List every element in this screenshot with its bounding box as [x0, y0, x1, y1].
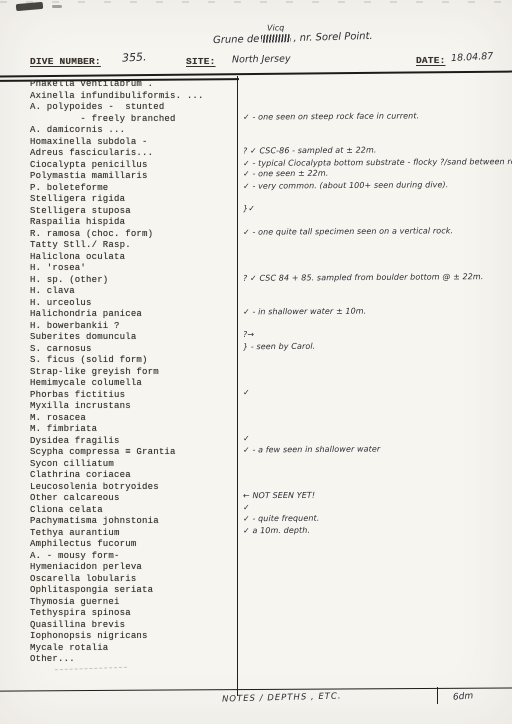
species-row: Other...: [0, 654, 512, 666]
species-row: S. ficus (solid form): [0, 355, 512, 367]
species-row: Hymeniacidon perleva: [0, 562, 512, 574]
species-name: A. - mousy form-: [30, 551, 120, 561]
species-row: P. boleteforme ✓ - very common. (about 1…: [0, 183, 512, 195]
species-name: S. ficus (solid form): [30, 355, 148, 365]
species-name: P. boleteforme: [30, 183, 108, 193]
species-annotation: ✓ - one quite tall specimen seen on a ve…: [243, 226, 453, 237]
species-row: Tethyspira spinosa: [0, 608, 512, 620]
dive-number-value: 355.: [122, 50, 147, 64]
species-row: Hemimycale columella: [0, 378, 512, 390]
species-name: M. fimbriata: [30, 424, 97, 434]
species-row: A. - mousy form-: [0, 551, 512, 563]
species-name: Tethyspira spinosa: [30, 608, 131, 618]
species-row: H. clava: [0, 286, 512, 298]
species-name: Oscarella lobularis: [30, 574, 136, 584]
species-row: M. rosacea: [0, 413, 512, 425]
pencil-squiggle: [55, 667, 127, 676]
species-row: Stelligera stuposa }✓: [0, 206, 512, 218]
species-annotation: ✓ - in shallower water ± 10m.: [243, 307, 366, 318]
species-name: Other...: [30, 654, 75, 664]
site-label: SITE:: [186, 56, 216, 67]
species-name: Myxilla incrustans: [30, 401, 131, 411]
inserted-word: Vicq: [267, 23, 284, 32]
species-row: Mycale rotalia: [0, 643, 512, 655]
species-row: Axinella infundibuliformis. ...: [0, 91, 512, 103]
species-list: Phakella ventilabrum . Axinella infundib…: [0, 79, 512, 666]
species-name: Iophonopsis nigricans: [30, 631, 148, 641]
species-name: Sycon cilliatum: [30, 459, 114, 469]
crossed-out-word: Vicq: [261, 34, 291, 43]
scan-smudge: [16, 2, 44, 11]
species-name: Ophlitaspongia seriata: [30, 585, 153, 595]
species-name: Mycale rotalia: [30, 643, 108, 653]
species-annotation: ✓: [243, 433, 250, 443]
site-text-prefix: Grune de: [213, 34, 260, 46]
species-name: Pachymatisma johnstonia: [30, 516, 159, 526]
species-name: H. sp. (other): [30, 275, 108, 285]
species-name: Suberites domuncula: [30, 332, 136, 342]
site-handwritten-region: North Jersey: [232, 53, 291, 65]
species-name: R. ramosa (choc. form): [30, 229, 153, 239]
species-name: S. carnosus: [30, 344, 92, 354]
species-annotation: ✓ a 10m. depth.: [243, 525, 310, 535]
species-row: Strap-like greyish form: [0, 367, 512, 379]
species-annotation: ✓ - quite frequent.: [243, 514, 319, 525]
species-annotation: ✓ - a few seen in shallower water: [243, 445, 380, 456]
species-annotation: ✓ - typical Ciocalypta bottom substrate …: [243, 157, 512, 169]
species-row: Haliclona oculata: [0, 252, 512, 264]
species-annotation: ✓: [243, 387, 250, 397]
species-name: Amphilectus fucorum: [30, 539, 136, 549]
species-name: H. urceolus: [30, 298, 92, 308]
scan-smudge: [52, 5, 62, 8]
species-row: Thymosia guernei: [0, 597, 512, 609]
corner-handwritten-mark: 6dm: [453, 691, 474, 702]
species-row: Halichondria panicea ✓ - in shallower wa…: [0, 309, 512, 321]
species-annotation: ? ✓ CSC 84 + 85. sampled from boulder bo…: [243, 272, 484, 284]
species-annotation: }✓: [243, 203, 255, 213]
species-row: M. fimbriata: [0, 424, 512, 436]
species-name: H. 'rosea': [30, 263, 86, 273]
species-name: Homaxinella subdola -: [30, 137, 148, 147]
species-row: Iophonopsis nigricans: [0, 631, 512, 643]
species-row: Phorbas fictitius ✓: [0, 390, 512, 402]
species-row: Clathrina coriacea: [0, 470, 512, 482]
species-name: H. bowerbankii ?: [30, 321, 120, 331]
species-name: Leucosolenia botryoides: [30, 482, 159, 492]
species-row: Oscarella lobularis: [0, 574, 512, 586]
species-row: H. bowerbankii ?: [0, 321, 512, 333]
species-name: Phakella ventilabrum .: [30, 79, 153, 89]
species-row: Other calcareous ← NOT SEEN YET!: [0, 493, 512, 505]
scanned-dive-record-form: Grune deVicq, nr. Sorel Point. North Jer…: [0, 0, 512, 724]
species-name: Halichondria panicea: [30, 309, 142, 319]
species-row: Stelligera rigida: [0, 194, 512, 206]
species-annotation: ← NOT SEEN YET!: [243, 491, 315, 502]
species-name: Dysidea fragilis: [30, 436, 120, 446]
species-annotation: ✓ - very common. (about 100+ seen during…: [243, 180, 448, 191]
species-name: M. rosacea: [30, 413, 86, 423]
species-name: A. damicornis ...: [30, 125, 125, 135]
species-name: Quasillina brevis: [30, 620, 125, 630]
species-annotation: ✓ - one seen ± 22m.: [243, 169, 328, 180]
species-name: Ciocalypta penicillus: [30, 160, 148, 170]
species-name: Stelligera rigida: [30, 194, 125, 204]
species-name: Polymastia mamillaris: [30, 171, 148, 181]
site-handwritten-location: Grune deVicq, nr. Sorel Point.: [213, 31, 373, 46]
species-row: H. sp. (other) ? ✓ CSC 84 + 85. sampled …: [0, 275, 512, 287]
species-name: Hymeniacidon perleva: [30, 562, 142, 572]
species-name: Other calcareous: [30, 493, 120, 503]
species-row: Myxilla incrustans: [0, 401, 512, 413]
species-name: Haliclona oculata: [30, 252, 125, 262]
species-row: R. ramosa (choc. form) ✓ - one quite tal…: [0, 229, 512, 241]
species-name: Tatty Stll./ Rasp.: [30, 240, 131, 250]
species-annotation: ?→: [243, 330, 254, 340]
species-row: S. carnosus } - seen by Carol.: [0, 344, 512, 356]
species-annotation: ✓: [243, 502, 250, 512]
species-name: H. clava: [30, 286, 75, 296]
footer-rule: [0, 687, 512, 692]
species-name: Stelligera stuposa: [30, 206, 131, 216]
species-annotation: } - seen by Carol.: [243, 341, 315, 352]
species-row: - freely branched ✓ - one seen on steep …: [0, 114, 512, 126]
species-row: A. damicornis ...: [0, 125, 512, 137]
species-row: Amphilectus fucorum: [0, 539, 512, 551]
species-row: Quasillina brevis: [0, 620, 512, 632]
species-name: Axinella infundibuliformis. ...: [30, 91, 204, 101]
species-annotation: ? ✓ CSC-86 - sampled at ± 22m.: [243, 146, 377, 157]
species-row: Sycon cilliatum: [0, 459, 512, 471]
species-row: Scypha compressa ≡ Grantia ✓ - a few see…: [0, 447, 512, 459]
species-row: Ophlitaspongia seriata: [0, 585, 512, 597]
species-name: A. polypoides - stunted: [30, 102, 164, 112]
species-row: Tatty Stll./ Rasp.: [0, 240, 512, 252]
header-rule: [0, 71, 512, 78]
date-label: DATE:: [416, 55, 446, 66]
species-name: Thymosia guernei: [30, 597, 120, 607]
species-row: Phakella ventilabrum .: [0, 79, 512, 91]
species-name: - freely branched: [30, 114, 176, 124]
site-text-suffix: , nr. Sorel Point.: [293, 31, 373, 44]
species-name: Strap-like greyish form: [30, 367, 159, 377]
footer-tick: [437, 687, 438, 704]
species-name: Tethya aurantium: [30, 528, 120, 538]
species-name: Raspailia hispida: [30, 217, 125, 227]
species-name: Clathrina coriacea: [30, 470, 131, 480]
species-name: Scypha compressa ≡ Grantia: [30, 447, 176, 457]
species-name: Cliona celata: [30, 505, 103, 515]
notes-depths-label: NOTES / DEPTHS , ETC.: [222, 691, 342, 704]
species-annotation: ✓ - one seen on steep rock face in curre…: [243, 111, 419, 122]
dive-number-label: DIVE NUMBER:: [30, 56, 101, 67]
species-name: Hemimycale columella: [30, 378, 142, 388]
species-row: Tethya aurantium ✓ a 10m. depth.: [0, 528, 512, 540]
date-value: 18.04.87: [451, 51, 494, 64]
species-name: Adreus fascicularis...: [30, 148, 153, 158]
species-name: Phorbas fictitius: [30, 390, 125, 400]
